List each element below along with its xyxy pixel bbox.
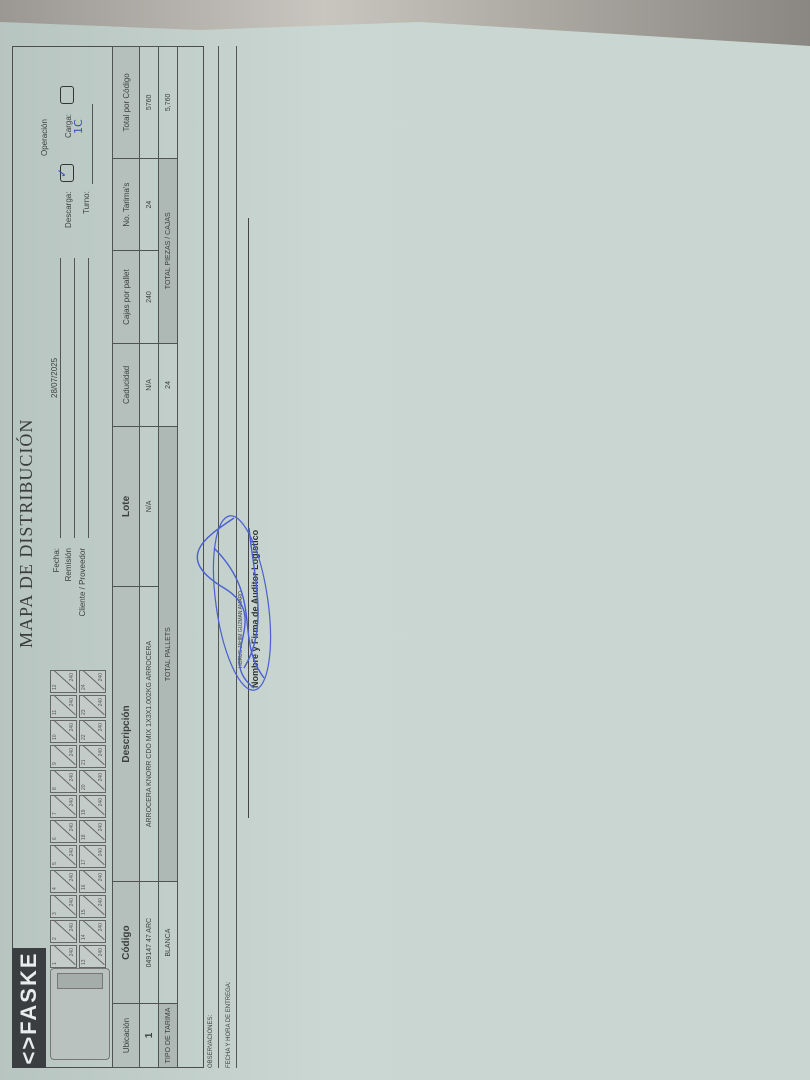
column-header: Código [113,882,140,1004]
handwritten-note: 1C [72,119,85,134]
pallet-slot: 13240 [79,945,106,968]
brand-name: FASKE [16,951,42,1034]
pallet-slot: 15240 [79,895,106,918]
brand-logo: <>FASKE [12,948,46,1068]
pallet-slot: 20240 [79,770,106,793]
remision-label: Remisión [64,548,73,628]
operacion-label: Operación [40,119,49,156]
pallet-slot: 4240 [50,870,77,893]
column-header: Total por Código [113,47,140,159]
pallet-slot: 9240 [50,745,77,768]
total-piezas-label: TOTAL PIEZAS / CAJAS [159,158,178,343]
column-header: Caducidad [113,343,140,426]
column-header: Cajas por pallet [113,251,140,343]
tipo-tarima-value: BLANCA [159,882,178,1004]
table-header-row: UbicaciónCódigoDescripciónLoteCaducidadC… [113,47,140,1068]
pallet-slot: 10240 [50,720,77,743]
table-cell: N/A [140,343,159,426]
remision-field[interactable] [74,258,75,538]
pallet-slot: 2240 [50,920,77,943]
observaciones-label: OBSERVACIONES: [208,1015,214,1068]
carga-checkbox[interactable] [60,86,74,104]
products-table: UbicaciónCódigoDescripciónLoteCaducidadC… [112,46,178,1068]
pallet-slot: 14240 [79,920,106,943]
table-cell: 24 [140,158,159,251]
pallet-slot: 21240 [79,745,106,768]
header-fields: Fecha: Remisión Cliente / Proveedor 28/0… [46,248,112,628]
checkmark-icon: ✓ [55,168,69,178]
total-pallets-value: 24 [159,343,178,426]
signature-scribble [194,508,274,698]
pallet-slot: 18240 [79,820,106,843]
table-cell: N/A [140,427,159,587]
table-cell: 5760 [140,47,159,159]
table-footer-row: TIPO DE TARIMA BLANCA TOTAL PALLETS 24 T… [159,47,178,1068]
page-title: MAPA DE DISTRIBUCIÓN [16,419,37,648]
table-cell: 240 [140,251,159,343]
fecha-entrega-label: FECHA Y HORA DE ENTREGA: [226,982,232,1068]
turno-label: Turno: [82,191,91,214]
turno-field[interactable] [92,104,93,184]
column-header: Ubicación [113,1003,140,1067]
fecha-field[interactable] [60,258,61,538]
pallet-slot: 8240 [50,770,77,793]
operation-section: Operación Descarga: ✓ Carga: 1C Turno: [42,48,108,228]
fecha-label: Fecha: [52,548,61,628]
pallet-slot: 23240 [79,695,106,718]
table-cell: 049147 47 ARC [140,882,159,1004]
pallet-slot: 17240 [79,845,106,868]
pallet-slot: 7240 [50,795,77,818]
descarga-label: Descarga: [64,192,73,228]
tipo-tarima-label: TIPO DE TARIMA [159,1003,178,1067]
pallet-slot: 24240 [79,670,106,693]
column-header: Descripción [113,586,140,882]
truck-icon [50,968,110,1060]
total-piezas-value: 5,760 [159,47,178,159]
pallet-slot: 1240 [50,945,77,968]
pallet-slot: 11240 [50,695,77,718]
total-pallets-label: TOTAL PALLETS [159,427,178,882]
pallet-slot: 6240 [50,820,77,843]
table-row: 1049147 47 ARCARROCERA KNORR CDO MIX 1X3… [140,47,159,1068]
pallet-slot: 5240 [50,845,77,868]
pallet-slot: 12240 [50,670,77,693]
cliente-label: Cliente / Proveedor [78,548,87,628]
pallet-slot: 16240 [79,870,106,893]
pallet-grid: 1240224032404240524062407240824092401024… [50,670,106,968]
cliente-field[interactable] [88,258,89,538]
pallet-slot: 19240 [79,795,106,818]
pallet-slot: 22240 [79,720,106,743]
pallet-slot: 3240 [50,895,77,918]
table-cell: 1 [140,1003,159,1067]
diamond-icon: <> [16,1035,42,1065]
fecha-value: 28/07/2025 [50,358,59,398]
column-header: Lote [113,427,140,587]
column-header: No. Tarima's [113,158,140,251]
distribution-map-form: <>FASKE MAPA DE DISTRIBUCIÓN 12402240324… [12,28,262,1068]
descarga-checkbox[interactable]: ✓ [60,164,74,182]
table-cell: ARROCERA KNORR CDO MIX 1X3X1.002KG ARROC… [140,586,159,882]
